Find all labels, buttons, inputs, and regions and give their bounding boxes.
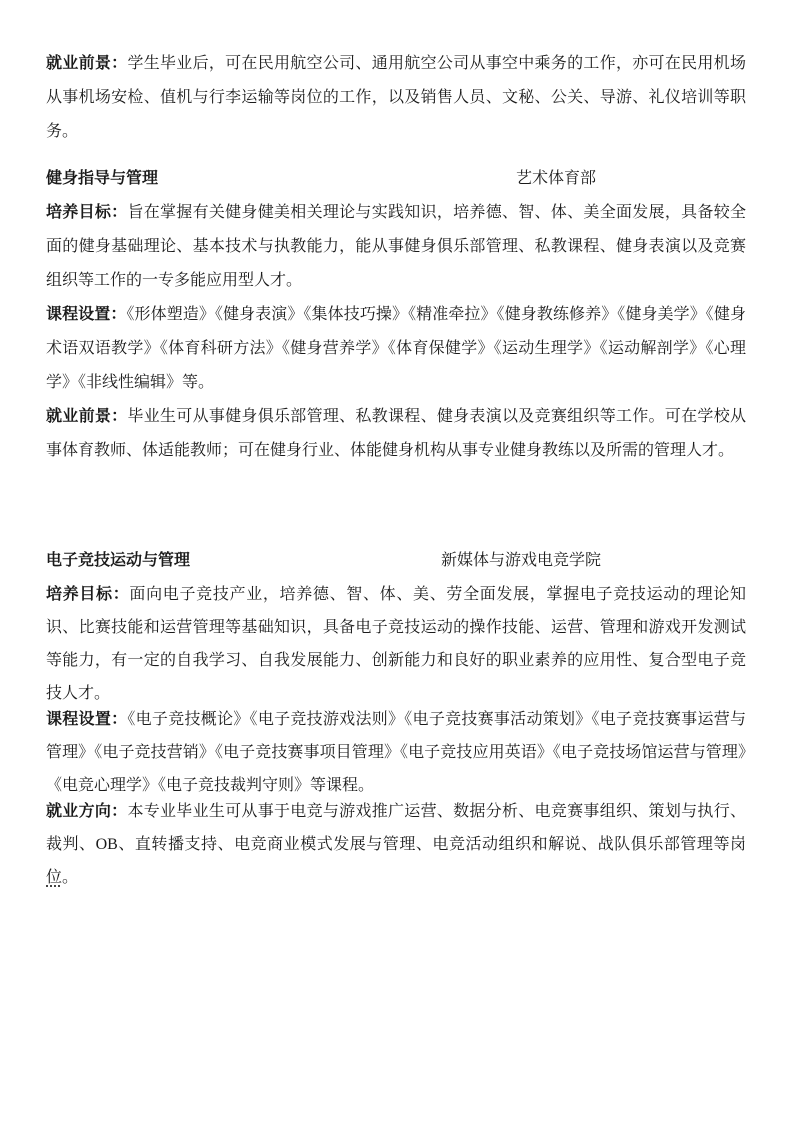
paragraph-text: 面向电子竞技产业，培养德、智、体、美、劳全面发展，掌握电子竞技运动的理论知识、比…: [46, 586, 746, 702]
paragraph-text-end: 。: [62, 869, 78, 886]
document-content: 就业前景：学生毕业后，可在民用航空公司、通用航空公司从事空中乘务的工作，亦可在民…: [46, 47, 746, 894]
section-title: 电子竞技运动与管理: [46, 544, 190, 578]
paragraph-label: 就业前景：: [46, 408, 127, 425]
paragraph-text: 本专业毕业生可从事于电竞与游戏推广运营、数据分析、电竞赛事组织、策划与执行、裁判…: [46, 803, 746, 853]
paragraph-text: 学生毕业后，可在民用航空公司、通用航空公司从事空中乘务的工作，亦可在民用机场从事…: [46, 55, 746, 140]
section-aviation-employment: 就业前景：学生毕业后，可在民用航空公司、通用航空公司从事空中乘务的工作，亦可在民…: [46, 47, 746, 149]
paragraph-label: 课程设置：: [46, 711, 127, 728]
paragraph-label: 课程设置：: [46, 306, 126, 323]
section-header: 电子竞技运动与管理 新媒体与游戏电竞学院: [46, 544, 746, 578]
section-header: 健身指导与管理 艺术体育部: [46, 162, 746, 196]
department-label: 新媒体与游戏电竞学院: [441, 544, 601, 578]
section-title: 健身指导与管理: [46, 162, 158, 196]
employment-outlook-paragraph: 就业前景：学生毕业后，可在民用航空公司、通用航空公司从事空中乘务的工作，亦可在民…: [46, 47, 746, 149]
spellcheck-underlined-text: 位: [46, 869, 62, 886]
document-page: 就业前景：学生毕业后，可在民用航空公司、通用航空公司从事空中乘务的工作，亦可在民…: [0, 0, 793, 1122]
section-esports-management: 电子竞技运动与管理 新媒体与游戏电竞学院 培养目标：面向电子竞技产业，培养德、智…: [46, 544, 746, 894]
employment-outlook-paragraph: 就业前景：毕业生可从事健身俱乐部管理、私教课程、健身表演以及竞赛组织等工作。可在…: [46, 400, 746, 468]
paragraph-text: 《电子竞技概论》《电子竞技游戏法则》《电子竞技赛事活动策划》《电子竞技赛事运营与…: [46, 711, 746, 794]
paragraph-label: 就业方向：: [46, 803, 127, 820]
paragraph-text: 毕业生可从事健身俱乐部管理、私教课程、健身表演以及竞赛组织等工作。可在学校从事体…: [46, 408, 746, 459]
curriculum-paragraph: 课程设置：《形体塑造》《健身表演》《集体技巧操》《精准牵拉》《健身教练修养》《健…: [46, 298, 746, 400]
employment-direction-paragraph: 就业方向：本专业毕业生可从事于电竞与游戏推广运营、数据分析、电竞赛事组织、策划与…: [46, 795, 746, 894]
section-fitness-guidance: 健身指导与管理 艺术体育部 培养目标：旨在掌握有关健身健美相关理论与实践知识，培…: [46, 162, 746, 468]
paragraph-text: 《形体塑造》《健身表演》《集体技巧操》《精准牵拉》《健身教练修养》《健身美学》《…: [46, 306, 746, 391]
paragraph-text: 旨在掌握有关健身健美相关理论与实践知识，培养德、智、体、美全面发展，具备较全面的…: [46, 204, 746, 289]
paragraph-label: 就业前景：: [46, 55, 127, 72]
curriculum-paragraph: 课程设置：《电子竞技概论》《电子竞技游戏法则》《电子竞技赛事活动策划》《电子竞技…: [46, 703, 746, 802]
paragraph-label: 培养目标：: [46, 586, 129, 603]
paragraph-label: 培养目标：: [46, 204, 127, 221]
department-label: 艺术体育部: [516, 162, 596, 196]
training-objective-paragraph: 培养目标：旨在掌握有关健身健美相关理论与实践知识，培养德、智、体、美全面发展，具…: [46, 196, 746, 298]
training-objective-paragraph: 培养目标：面向电子竞技产业，培养德、智、体、美、劳全面发展，掌握电子竞技运动的理…: [46, 578, 746, 710]
